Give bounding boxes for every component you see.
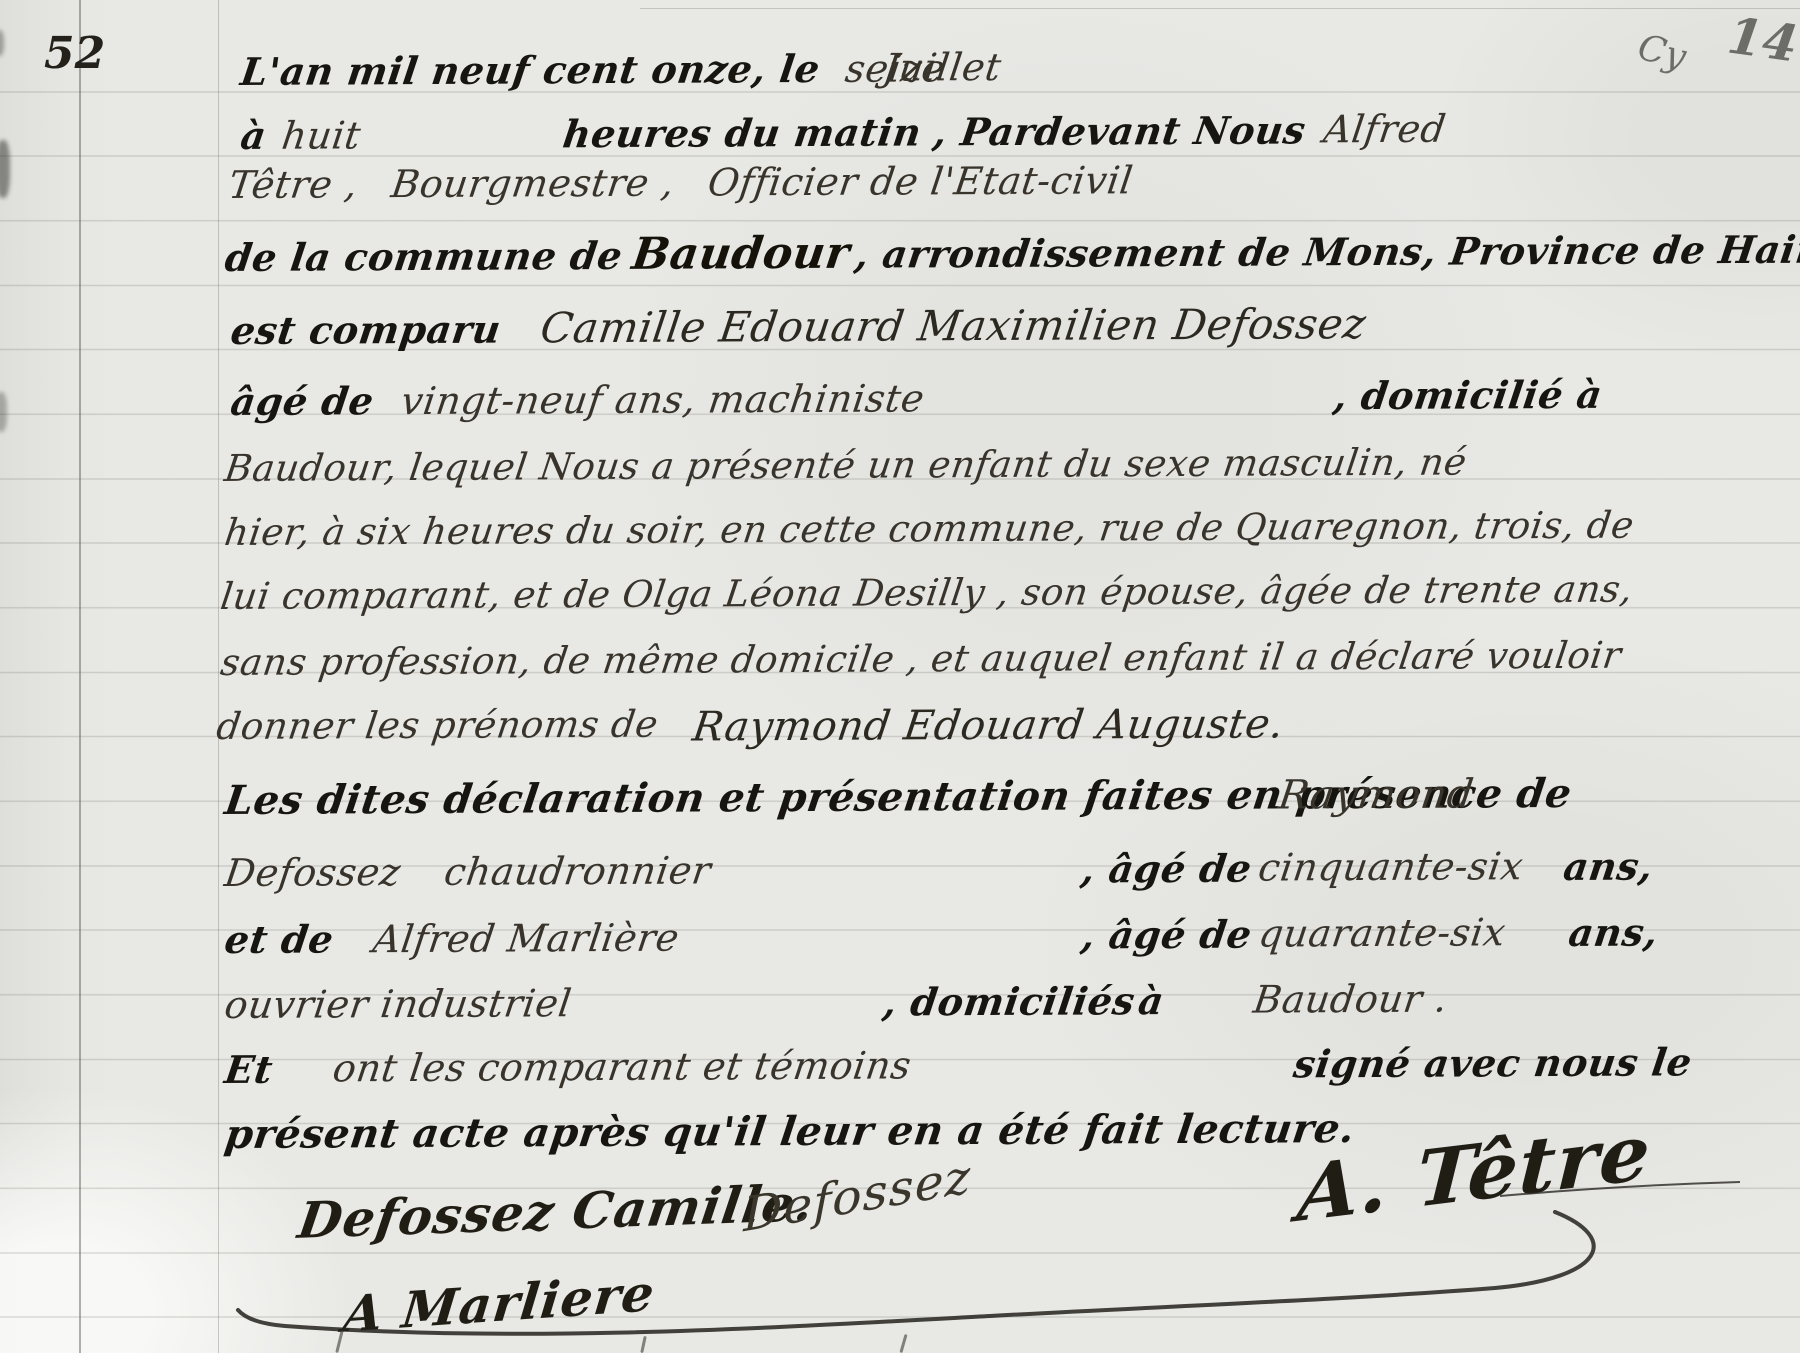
text-segment: chaudronnier [442, 849, 714, 894]
act-line: àhuitheures du matin, Pardevant NousAlfr… [238, 113, 364, 158]
text-segment: cinquante-six [1256, 845, 1526, 890]
ink-smudge [0, 392, 7, 432]
left-page-edge-line [79, 0, 81, 1353]
act-number-margin: 52 [44, 28, 105, 79]
text-segment: Baudour, lequel Nous a présenté un enfan… [222, 442, 1469, 491]
text-segment: Juillet [881, 46, 1004, 90]
text-segment: Baudour . [1251, 978, 1451, 1023]
act-line: hier, à six heures du soir, en cette com… [222, 505, 1637, 555]
text-segment: est comparu [228, 308, 503, 353]
text-segment: , arrondissement de Mons, Province de Ha… [852, 227, 1800, 276]
text-segment: âgé de [228, 379, 376, 423]
act-line: de la commune deBaudour, arrondissement … [222, 223, 1800, 282]
stray-ink-stroke [640, 1336, 646, 1353]
text-segment: ans, [1561, 845, 1656, 889]
signature: Defossez Camille. [294, 1173, 817, 1250]
act-line: âgé devingt-neuf ans, machiniste, domici… [228, 376, 927, 424]
act-line: Les dites déclaration et présentation fa… [222, 771, 1574, 824]
text-segment: L'an mil neuf cent onze, le [238, 47, 823, 94]
text-segment: heures du matin [560, 110, 924, 156]
text-segment: Camille Edouard Maximilien Defossez [538, 300, 1369, 352]
text-segment: , domiciliés [880, 979, 1137, 1024]
signature: Defossez [743, 1149, 971, 1243]
text-segment: , domicilié à [1331, 373, 1605, 418]
text-segment: Alfred [1321, 108, 1449, 152]
text-segment: Et [222, 1048, 275, 1092]
text-segment: sans profession, de même domicile , et a… [218, 635, 1624, 685]
text-segment: Alfred Marlière [370, 917, 682, 962]
text-segment: ans, [1566, 911, 1661, 955]
page-number-pencil: 14 [1724, 5, 1800, 73]
text-segment: , âgé de [1079, 913, 1255, 958]
top-edge-rule [640, 8, 1800, 9]
ink-smudge [0, 30, 4, 56]
text-segment: signé avec nous le [1291, 1040, 1695, 1086]
signature: A Marliere [340, 1263, 658, 1343]
text-segment: vingt-neuf ans, machiniste [398, 377, 927, 423]
act-line: donner les prénoms deRaymond Edouard Aug… [214, 704, 661, 749]
text-segment: à [1136, 979, 1167, 1023]
text-segment: et de [222, 917, 336, 961]
text-segment: Defossez [222, 851, 403, 896]
text-segment: Baudour [629, 229, 853, 281]
register-page-scan: 52 14 Cy L'an mil neuf cent onze, leseiz… [0, 0, 1800, 1353]
text-segment: quarante-six [1256, 911, 1509, 956]
text-segment: ont les comparant et témoins [330, 1044, 914, 1091]
text-segment: Têtre , [226, 163, 360, 207]
act-line: lui comparant, et de Olga Léona Desilly … [218, 569, 1636, 619]
act-line: Defossezchaudronnier, âgé decinquante-si… [222, 849, 714, 895]
text-segment: donner les prénoms de [214, 704, 661, 749]
text-segment: Raymond Edouard Auguste. [690, 700, 1287, 750]
ink-smudge [0, 140, 10, 198]
act-line: présent acte après qu'il leur en a été f… [222, 1106, 1358, 1158]
act-line: Têtre ,Bourgmestre ,Officier de l'Etat-c… [226, 159, 1136, 207]
act-line: est comparuCamille Edouard Maximilien De… [228, 300, 1369, 354]
stray-ink-stroke [899, 1334, 907, 1353]
text-segment: Bourgmestre , [389, 162, 677, 207]
text-segment: hier, à six heures du soir, en cette com… [222, 505, 1637, 555]
act-line: L'an mil neuf cent onze, leseizeJuillet [238, 46, 948, 94]
text-segment: présent acte après qu'il leur en a été f… [222, 1106, 1358, 1158]
text-segment: huit [279, 114, 363, 158]
text-segment: lui comparant, et de Olga Léona Desilly … [218, 569, 1636, 619]
act-line: et deAlfred Marlière, âgé dequarante-six… [222, 916, 682, 963]
text-segment: , Pardevant Nous [931, 108, 1309, 154]
act-line: Baudour, lequel Nous a présenté un enfan… [222, 442, 1469, 491]
text-segment: Raymond [1276, 771, 1477, 818]
act-line: sans profession, de même domicile , et a… [218, 635, 1624, 685]
clerk-initials-pencil: Cy [1634, 27, 1690, 78]
text-segment: à [238, 114, 269, 158]
text-segment: Officier de l'Etat-civil [705, 159, 1135, 205]
act-line: Etont les comparant et témoinssigné avec… [222, 1048, 276, 1093]
text-segment: ouvrier industriel [222, 982, 574, 1027]
text-segment: , âgé de [1079, 847, 1255, 892]
text-segment: de la commune de [222, 234, 625, 280]
act-line: ouvrier industriel, domiciliésàBaudour . [222, 982, 574, 1027]
